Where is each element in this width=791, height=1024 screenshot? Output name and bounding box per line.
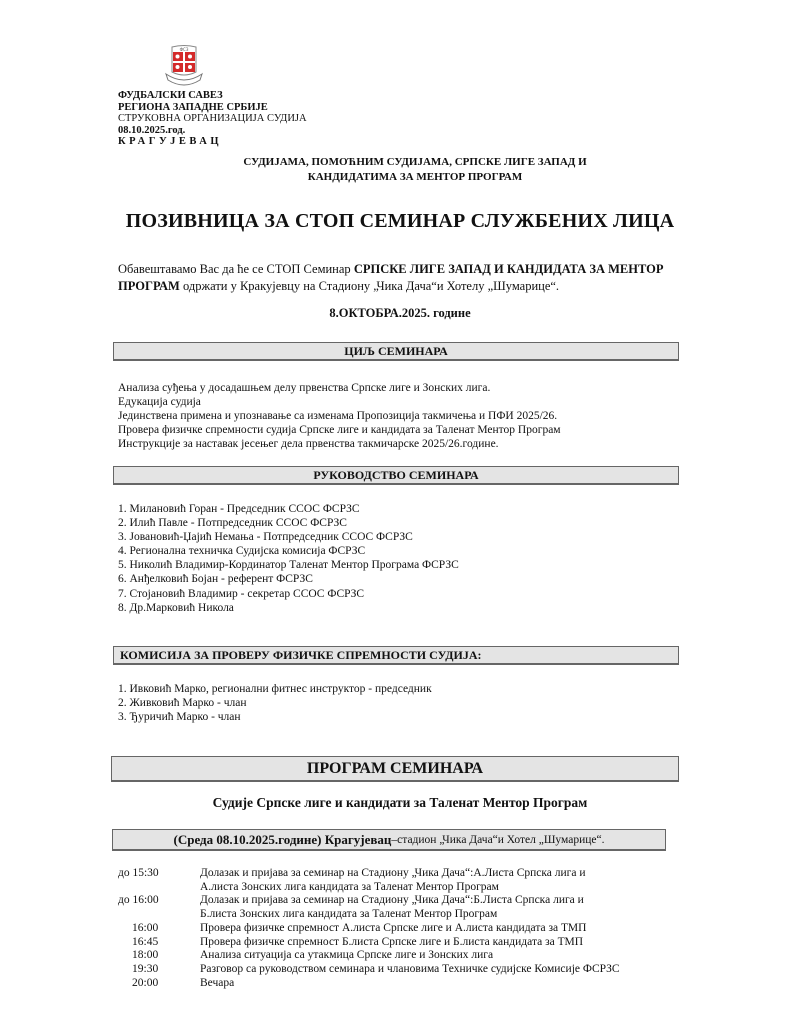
svg-text:ФСЗ: ФСЗ xyxy=(180,47,189,52)
organization-header: ФУДБАЛСКИ САВЕЗ РЕГИОНА ЗАПАДНЕ СРБИЈЕ С… xyxy=(118,90,307,148)
leadership-list: 1. Милановић Горан - Председник ССОС ФСР… xyxy=(118,502,459,615)
leadership-item: 3. Јовановић-Џајић Немања - Потпредседни… xyxy=(118,530,459,544)
schedule-row: до 15:30Долазак и пријава за семинар на … xyxy=(118,867,688,881)
goal-item: Анализа суђења у досадашњем делу првенст… xyxy=(118,381,561,395)
org-name-line3: СТРУКОВНА ОРГАНИЗАЦИЈА СУДИЈА xyxy=(118,113,307,125)
schedule-description: Вечара xyxy=(200,977,688,991)
recipients-line2: КАНДИДАТИМА ЗА МЕНТОР ПРОГРАМ xyxy=(200,170,630,185)
commission-item: 1. Ивковић Марко, регионални фитнес инст… xyxy=(118,682,432,696)
schedule-time xyxy=(118,881,200,895)
schedule-time: до 16:00 xyxy=(118,894,200,908)
schedule-description: Долазак и пријава за семинар на Стадиону… xyxy=(200,894,688,908)
org-name-line1: ФУДБАЛСКИ САВЕЗ xyxy=(118,90,307,102)
leadership-item: 4. Регионална техничка Судијска комисија… xyxy=(118,544,459,558)
intro-paragraph: Обавештавамо Вас да ће се СТОП Семинар С… xyxy=(118,261,688,295)
schedule-time: 20:00 xyxy=(118,977,200,991)
schedule-description: Разговор са руководством семинара и члан… xyxy=(200,963,688,977)
schedule-time: 18:00 xyxy=(118,949,200,963)
commission-list: 1. Ивковић Марко, регионални фитнес инст… xyxy=(118,682,432,724)
org-name-line2: РЕГИОНА ЗАПАДНЕ СРБИЈЕ xyxy=(118,102,307,114)
schedule-row: до 16:00Долазак и пријава за семинар на … xyxy=(118,894,688,908)
schedule-row: А.листа Зонских лига кандидата за Талена… xyxy=(118,881,688,895)
schedule-description: Провера физичке спремност Б.листа Српске… xyxy=(200,936,688,950)
intro-text-2: одржати у Кракујевцу на Стадиону „Чика Д… xyxy=(180,279,559,293)
goal-item: Провера физичке спремности судија Српске… xyxy=(118,423,561,437)
schedule-row: 16:45Провера физичке спремност Б.листа С… xyxy=(118,936,688,950)
schedule-row: 20:00Вечара xyxy=(118,977,688,991)
leadership-item: 5. Николић Владимир-Кординатор Таленат М… xyxy=(118,558,459,572)
schedule-description: Анализа ситуација са утакмица Српске лиг… xyxy=(200,949,688,963)
schedule-description: Долазак и пријава за семинар на Стадиону… xyxy=(200,867,688,881)
schedule-time xyxy=(118,908,200,922)
document-date: 08.10.2025.год. xyxy=(118,125,307,137)
goal-item: Инструкције за наставак јесењег дела прв… xyxy=(118,437,561,451)
schedule-row: 16:00Провера физичке спремност А.листа С… xyxy=(118,922,688,936)
crest-logo-icon: ФСЗ xyxy=(160,44,208,90)
schedule-description: Б.листа Зонских лига кандидата за Талена… xyxy=(200,908,688,922)
goal-item: Едукација судија xyxy=(118,395,561,409)
schedule-time: 16:00 xyxy=(118,922,200,936)
seminar-date: 8.ОКТОБРА.2025. године xyxy=(100,306,700,321)
recipients: СУДИЈАМА, ПОМОЋНИМ СУДИЈАМА, СРПСКЕ ЛИГЕ… xyxy=(200,155,630,185)
section-program-title: ПРОГРАМ СЕМИНАРА xyxy=(307,760,483,778)
leadership-item: 8. Др.Марковић Никола xyxy=(118,601,459,615)
program-day-banner: (Среда 08.10.2025.године) Крагујевац –ст… xyxy=(112,829,666,851)
leadership-item: 7. Стојановић Владимир - секретар ССОС Ф… xyxy=(118,587,459,601)
schedule-description: А.листа Зонских лига кандидата за Талена… xyxy=(200,881,688,895)
schedule-time: 16:45 xyxy=(118,936,200,950)
section-header-goal: ЦИЉ СЕМИНАРА xyxy=(113,342,679,361)
program-day-date: (Среда 08.10.2025.године) Крагујевац xyxy=(174,832,392,848)
program-day-venue: –стадион „Чика Дача“и Хотел „Шумарице“. xyxy=(391,834,604,846)
schedule-time: 19:30 xyxy=(118,963,200,977)
section-header-leadership: РУКОВОДСТВО СЕМИНАРА xyxy=(113,466,679,485)
section-header-commission: КОМИСИЈА ЗА ПРОВЕРУ ФИЗИЧКЕ СПРЕМНОСТИ С… xyxy=(113,646,679,665)
goal-item: Јединствена примена и упознавање са изме… xyxy=(118,409,561,423)
commission-item: 3. Ђуричић Марко - члан xyxy=(118,710,432,724)
schedule-row: 19:30Разговор са руководством семинара и… xyxy=(118,963,688,977)
section-commission-title: КОМИСИЈА ЗА ПРОВЕРУ ФИЗИЧКЕ СПРЕМНОСТИ С… xyxy=(120,648,482,663)
program-subheading: Судије Српске лиге и кандидати за Талена… xyxy=(100,795,700,811)
recipients-line1: СУДИЈАМА, ПОМОЋНИМ СУДИЈАМА, СРПСКЕ ЛИГЕ… xyxy=(200,155,630,170)
leadership-item: 1. Милановић Горан - Председник ССОС ФСР… xyxy=(118,502,459,516)
leadership-item: 6. Анђелковић Бојан - референт ФСРЗС xyxy=(118,572,459,586)
document-city: КРАГУЈЕВАЦ xyxy=(118,136,307,148)
section-goal-title: ЦИЉ СЕМИНАРА xyxy=(344,344,448,359)
page-title: ПОЗИВНИЦА ЗА СТОП СЕМИНАР СЛУЖБЕНИХ ЛИЦА xyxy=(100,210,700,233)
schedule-row: 18:00Анализа ситуација са утакмица Српск… xyxy=(118,949,688,963)
schedule-description: Провера физичке спремност А.листа Српске… xyxy=(200,922,688,936)
goal-list: Анализа суђења у досадашњем делу првенст… xyxy=(118,381,561,451)
leadership-item: 2. Илић Павле - Потпредседник ССОС ФСРЗС xyxy=(118,516,459,530)
intro-text-1: Обавештавамо Вас да ће се СТОП Семинар xyxy=(118,262,354,276)
section-leadership-title: РУКОВОДСТВО СЕМИНАРА xyxy=(313,468,478,483)
schedule: до 15:30Долазак и пријава за семинар на … xyxy=(118,867,688,990)
schedule-time: до 15:30 xyxy=(118,867,200,881)
commission-item: 2. Живковић Марко - члан xyxy=(118,696,432,710)
section-header-program: ПРОГРАМ СЕМИНАРА xyxy=(111,756,679,782)
schedule-row: Б.листа Зонских лига кандидата за Талена… xyxy=(118,908,688,922)
